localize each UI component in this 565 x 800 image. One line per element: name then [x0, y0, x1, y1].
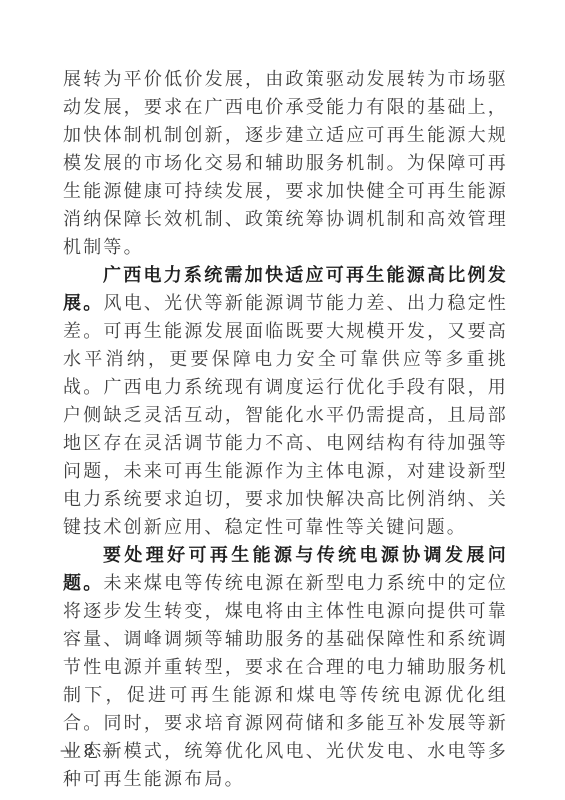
page-number: — 8 —: [60, 741, 119, 759]
paragraph-2: 广西电力系统需加快适应可再生能源高比例发展。风电、光伏等新能源调节能力差、出力稳…: [63, 262, 508, 542]
paragraph-1-text: 展转为平价低价发展，由政策驱动发展转为市场驱动发展，要求在广西电价承受能力有限的…: [63, 69, 508, 258]
document-body: 展转为平价低价发展，由政策驱动发展转为市场驱动发展，要求在广西电价承受能力有限的…: [63, 66, 508, 794]
paragraph-3: 要处理好可再生能源与传统电源协调发展问题。未来煤电等传统电源在新型电力系统中的定…: [63, 542, 508, 794]
paragraph-1: 展转为平价低价发展，由政策驱动发展转为市场驱动发展，要求在广西电价承受能力有限的…: [63, 66, 508, 262]
document-page: 展转为平价低价发展，由政策驱动发展转为市场驱动发展，要求在广西电价承受能力有限的…: [0, 0, 565, 800]
paragraph-2-text: 风电、光伏等新能源调节能力差、出力稳定性差。可再生能源发展面临既要大规模开发，又…: [63, 293, 508, 538]
paragraph-3-text: 未来煤电等传统电源在新型电力系统中的定位将逐步发生转变，煤电将由主体性电源向提供…: [63, 573, 508, 790]
